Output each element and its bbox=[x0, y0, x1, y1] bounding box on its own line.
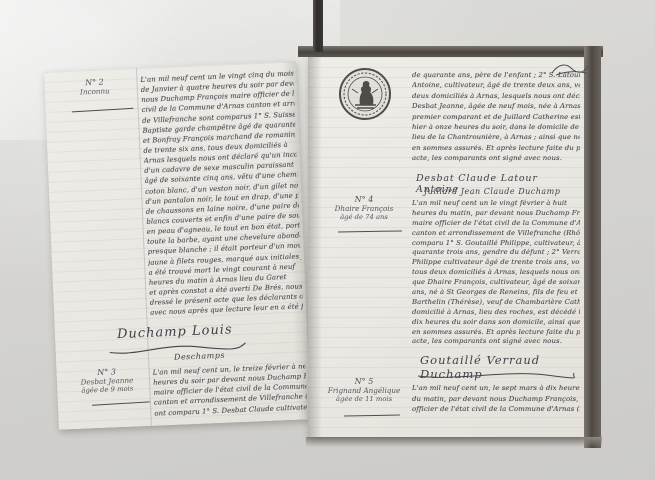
margin-underline bbox=[92, 401, 150, 406]
entry-number: N° 5 bbox=[318, 377, 410, 386]
signature-deschamps: Deschamps bbox=[174, 351, 225, 362]
right-page: de quarante ans, père de l'enfant ; 2° S… bbox=[308, 57, 584, 437]
handwritten-line: domicilié à Arnas, lieu des roches, est … bbox=[412, 308, 580, 318]
handwritten-line: lieu de la Chantrounière, à Arnas ; ains… bbox=[412, 132, 580, 142]
handwritten-line: officier de l'état civil de la Commune d… bbox=[412, 404, 580, 415]
book-cover-bottom-shadow bbox=[306, 437, 602, 447]
signatures-entry3-line2: Juillard Jean Claude Duchamp bbox=[424, 187, 560, 196]
book-cover-right-edge bbox=[584, 46, 601, 448]
handwritten-line: deux domiciliés à Arnas, lesquels nous o… bbox=[412, 91, 580, 101]
book-spine-ribbon bbox=[313, 0, 323, 52]
handwritten-line: de quarante ans, père de l'enfant ; 2° S… bbox=[412, 70, 580, 80]
handwritten-line: en sommes assurés. Et après lecture fait… bbox=[412, 143, 580, 153]
register-scan: N° 2 Inconnu L'an mil neuf cent un le vi… bbox=[0, 0, 655, 480]
handwritten-line: Desbat Jeanne, âgée de neuf mois, née à … bbox=[412, 101, 580, 111]
handwritten-line: acte, les comparants ont signé avec nous… bbox=[412, 153, 580, 163]
entry-age: âgé de 74 ans bbox=[324, 213, 404, 221]
handwritten-line: en sommes assurés. Et après lecture fait… bbox=[412, 328, 580, 338]
handwritten-line: tous deux domiciliés à Arnas, lesquels n… bbox=[412, 268, 580, 278]
handwritten-line: maire officier de l'état civil de la Com… bbox=[412, 219, 580, 229]
handwritten-line: heures du matin, par devant nous Duchamp… bbox=[412, 209, 580, 219]
handwritten-line: Barthelin (Thérèse), veuf de Chambarière… bbox=[412, 298, 580, 308]
entry-age: âgée de 9 mois bbox=[69, 384, 145, 395]
entry-name: Inconnu bbox=[59, 85, 131, 97]
handwritten-line: hier à onze heures du soir, dans le domi… bbox=[412, 122, 580, 132]
handwritten-line: L'an mil neuf cent un le vingt février à… bbox=[412, 199, 580, 209]
handwritten-line: L'an mil neuf cent un, le sept mars à di… bbox=[412, 383, 580, 394]
book-cover-top-edge bbox=[298, 46, 603, 57]
handwritten-line: acte, les comparants ont signé avec nous… bbox=[412, 337, 580, 347]
handwritten-line: quarante trois ans, gendre du défunt ; 2… bbox=[412, 248, 580, 258]
handwritten-line: du matin, par devant nous Duchamp Franço… bbox=[412, 394, 580, 405]
margin-note-entry5: N° 5 Frignand Angélique âgée de 11 mois bbox=[318, 377, 410, 403]
entry5-body-start: L'an mil neuf cent un, le sept mars à di… bbox=[412, 383, 580, 416]
entry3-body-start: L'an mil neuf cent un, le treize février… bbox=[152, 361, 307, 420]
entry4-body: L'an mil neuf cent un le vingt février à… bbox=[412, 199, 580, 349]
handwritten-line: canton et arrondissement de Villefranche… bbox=[412, 229, 580, 239]
handwritten-line: Philippe cultivateur âgé de trente trois… bbox=[412, 258, 580, 268]
signature-flourish bbox=[416, 369, 576, 381]
entry-age: âgée de 11 mois bbox=[318, 395, 410, 403]
entry2-body: L'an mil neuf cent un le vingt cinq du m… bbox=[140, 69, 303, 321]
handwritten-line: ans, né à St Georges de Reneins, fils de… bbox=[412, 288, 580, 298]
margin-underline bbox=[72, 108, 134, 113]
handwritten-line: premier comparant et de Juillard Catheri… bbox=[412, 112, 580, 122]
entry-name: Dhaire François bbox=[324, 204, 404, 213]
margin-underline bbox=[338, 230, 402, 233]
handwritten-line: dix heures du soir dans son domicile, ai… bbox=[412, 318, 580, 328]
notarial-stamp-icon bbox=[338, 67, 392, 121]
margin-note-entry4: N° 4 Dhaire François âgé de 74 ans bbox=[324, 195, 404, 221]
handwritten-line: Antoine, cultivateur, âgé de trente deux… bbox=[412, 80, 580, 90]
left-page: N° 2 Inconnu L'an mil neuf cent un le vi… bbox=[44, 61, 311, 429]
entry-name: Frignand Angélique bbox=[318, 386, 410, 395]
handwritten-line: que Dhaire François, cultivateur, âgé de… bbox=[412, 278, 580, 288]
entry-number: N° 4 bbox=[324, 195, 404, 204]
entry3-body-continuation: de quarante ans, père de l'enfant ; 2° S… bbox=[412, 70, 580, 165]
handwritten-line: comparu 1° S. Goutaillé Philippe, cultiv… bbox=[412, 239, 580, 249]
margin-note-entry3: N° 3 Desbat Jeanne âgée de 9 mois bbox=[68, 366, 145, 395]
margin-underline bbox=[344, 415, 400, 417]
margin-note-entry2: N° 2 Inconnu bbox=[58, 76, 131, 97]
